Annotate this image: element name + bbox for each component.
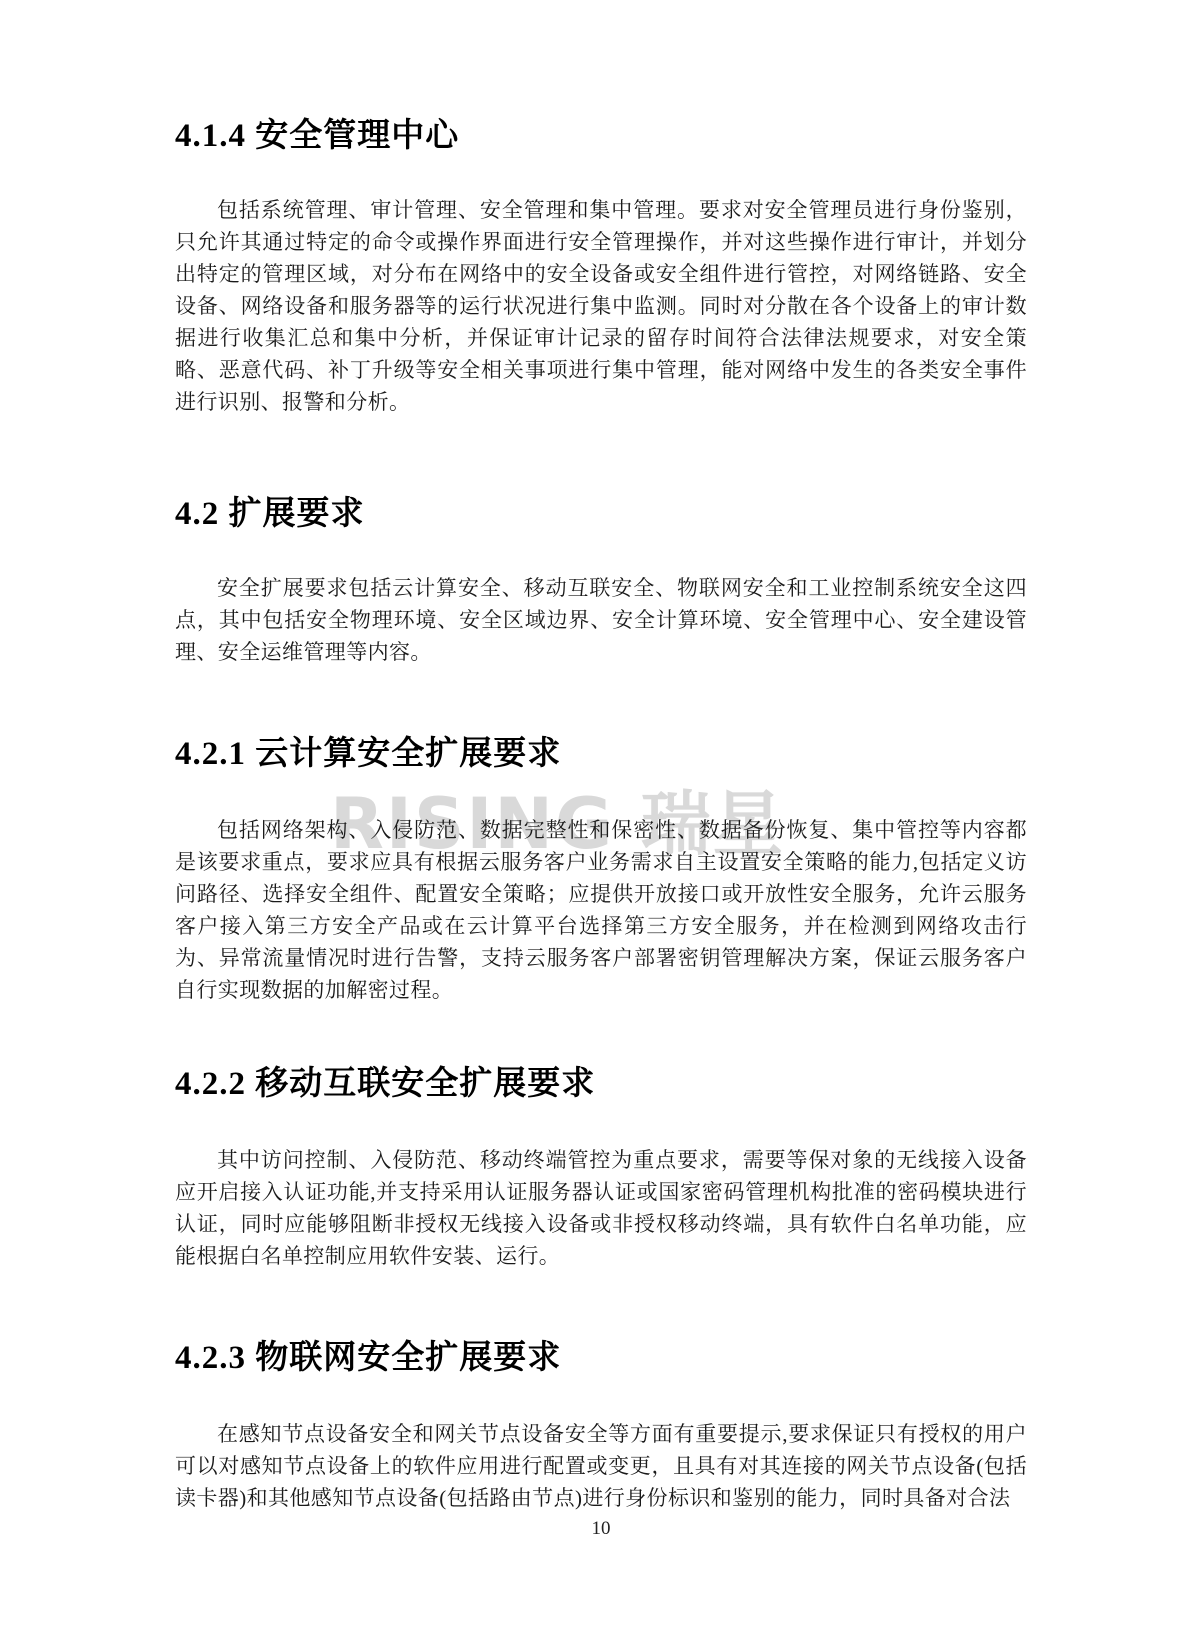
section-heading-4-1-4: 4.1.4 安全管理中心	[175, 116, 1027, 156]
section-paragraph-4-2-1: 包括网络架构、入侵防范、数据完整性和保密性、数据备份恢复、集中管控等内容都是该要…	[175, 814, 1027, 1006]
document-page: RISING 瑞星 4.1.4 安全管理中心 包括系统管理、审计管理、安全管理和…	[0, 0, 1199, 1627]
section-mobile-internet-security: 4.2.2 移动互联安全扩展要求 其中访问控制、入侵防范、移动终端管控为重点要求…	[175, 1064, 1027, 1272]
section-heading-4-2: 4.2 扩展要求	[175, 494, 1027, 534]
section-heading-4-2-3: 4.2.3 物联网安全扩展要求	[175, 1338, 1027, 1378]
section-heading-4-2-2: 4.2.2 移动互联安全扩展要求	[175, 1064, 1027, 1104]
page-number: 10	[175, 1518, 1027, 1540]
section-heading-4-2-1: 4.2.1 云计算安全扩展要求	[175, 734, 1027, 774]
section-paragraph-4-2-2: 其中访问控制、入侵防范、移动终端管控为重点要求，需要等保对象的无线接入设备应开启…	[175, 1144, 1027, 1272]
section-paragraph-4-2: 安全扩展要求包括云计算安全、移动互联安全、物联网安全和工业控制系统安全这四点，其…	[175, 572, 1027, 668]
section-paragraph-4-2-3: 在感知节点设备安全和网关节点设备安全等方面有重要提示,要求保证只有授权的用户可以…	[175, 1418, 1027, 1514]
document-content: 4.1.4 安全管理中心 包括系统管理、审计管理、安全管理和集中管理。要求对安全…	[175, 0, 1027, 1514]
section-security-management-center: 4.1.4 安全管理中心 包括系统管理、审计管理、安全管理和集中管理。要求对安全…	[175, 116, 1027, 418]
section-iot-security: 4.2.3 物联网安全扩展要求 在感知节点设备安全和网关节点设备安全等方面有重要…	[175, 1338, 1027, 1514]
section-paragraph-4-1-4: 包括系统管理、审计管理、安全管理和集中管理。要求对安全管理员进行身份鉴别，只允许…	[175, 194, 1027, 418]
section-extension-requirements: 4.2 扩展要求 安全扩展要求包括云计算安全、移动互联安全、物联网安全和工业控制…	[175, 494, 1027, 668]
section-cloud-computing-security: 4.2.1 云计算安全扩展要求 包括网络架构、入侵防范、数据完整性和保密性、数据…	[175, 734, 1027, 1006]
